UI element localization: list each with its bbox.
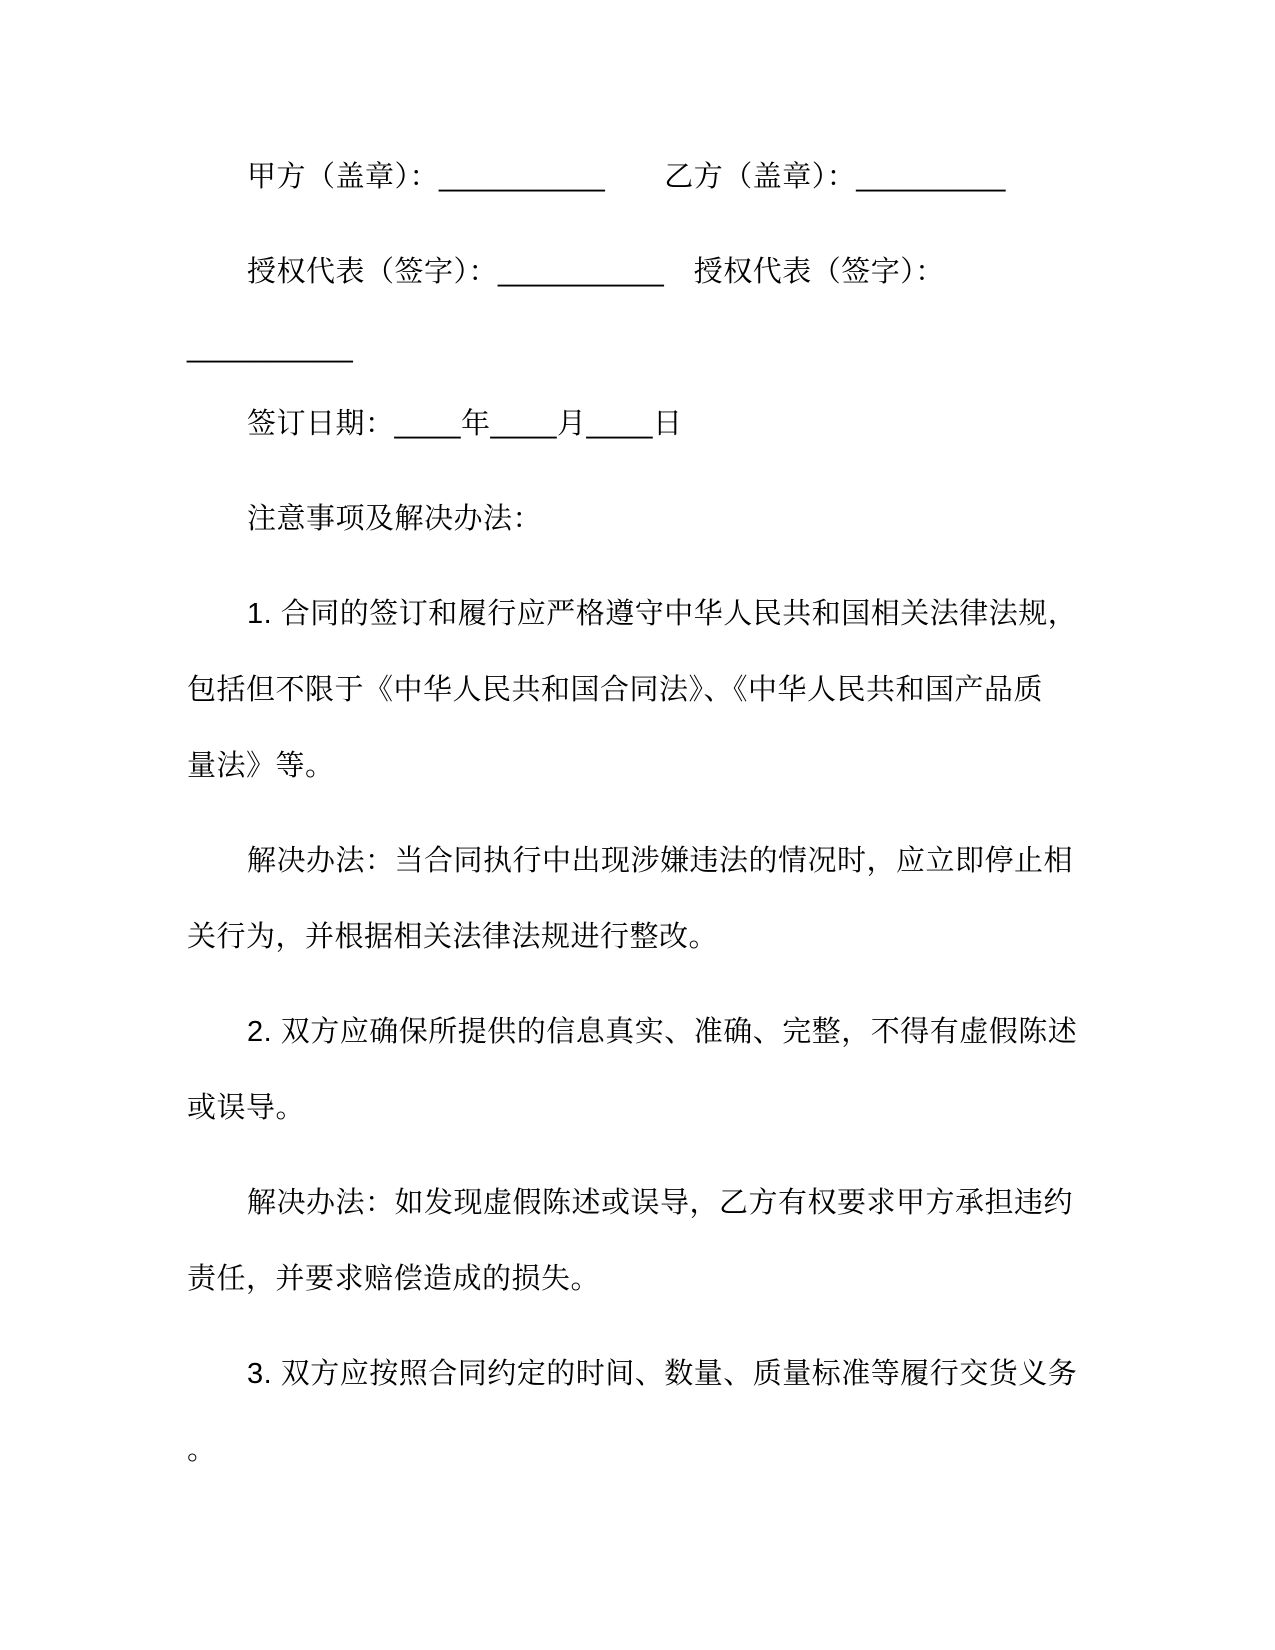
note-2-line-1: 2. 双方应确保所提供的信息真实、准确、完整，不得有虚假陈述 (187, 994, 1088, 1070)
note-2-solution-line-2: 责任，并要求赔偿造成的损失。 (187, 1241, 1088, 1317)
note-3-line-2: 。 (187, 1412, 1088, 1488)
paragraph-note-2-solution: 解决办法：如发现虚假陈述或误导，乙方有权要求甲方承担违约 责任，并要求赔偿造成的… (187, 1165, 1088, 1317)
note-1-line-1: 1. 合同的签订和履行应严格遵守中华人民共和国相关法律法规， (187, 576, 1088, 652)
note-1-line-2: 包括但不限于《中华人民共和国合同法》、《中华人民共和国产品质 (187, 652, 1088, 728)
paragraph-note-2: 2. 双方应确保所提供的信息真实、准确、完整，不得有虚假陈述 或误导。 (187, 994, 1088, 1146)
contract-document-page: 甲方（盖章）：__________ 乙方（盖章）：_________ 授权代表（… (0, 0, 1275, 1650)
paragraph-notes-heading: 注意事项及解决办法： (187, 481, 1088, 557)
notes-heading: 注意事项及解决办法： (187, 481, 1088, 557)
party-a-and-b-seal-line: 甲方（盖章）：__________ 乙方（盖章）：_________ (187, 139, 1088, 215)
paragraph-note-3: 3. 双方应按照合同约定的时间、数量、质量标准等履行交货义务 。 (187, 1336, 1088, 1488)
note-1-line-3: 量法》等。 (187, 728, 1088, 804)
paragraph-party-seals: 甲方（盖章）：__________ 乙方（盖章）：_________ (187, 139, 1088, 215)
signature-blank-continuation-line: __________ (187, 310, 1088, 386)
note-2-line-2: 或误导。 (187, 1070, 1088, 1146)
paragraph-note-1-solution: 解决办法：当合同执行中出现涉嫌违法的情况时，应立即停止相 关行为，并根据相关法律… (187, 823, 1088, 975)
note-3-line-1: 3. 双方应按照合同约定的时间、数量、质量标准等履行交货义务 (187, 1336, 1088, 1412)
note-2-solution-line-1: 解决办法：如发现虚假陈述或误导，乙方有权要求甲方承担违约 (187, 1165, 1088, 1241)
document-body: 甲方（盖章）：__________ 乙方（盖章）：_________ 授权代表（… (187, 139, 1088, 1507)
paragraph-note-1: 1. 合同的签订和履行应严格遵守中华人民共和国相关法律法规， 包括但不限于《中华… (187, 576, 1088, 804)
note-1-solution-line-2: 关行为，并根据相关法律法规进行整改。 (187, 899, 1088, 975)
paragraph-signing-date: 签订日期：____年____月____日 (187, 386, 1088, 462)
paragraph-authorized-representatives: 授权代表（签字）：__________ 授权代表（签字）： __________ (187, 234, 1088, 386)
authorized-representative-signature-line: 授权代表（签字）：__________ 授权代表（签字）： (187, 234, 1088, 310)
note-1-solution-line-1: 解决办法：当合同执行中出现涉嫌违法的情况时，应立即停止相 (187, 823, 1088, 899)
signing-date-line: 签订日期：____年____月____日 (187, 386, 1088, 462)
